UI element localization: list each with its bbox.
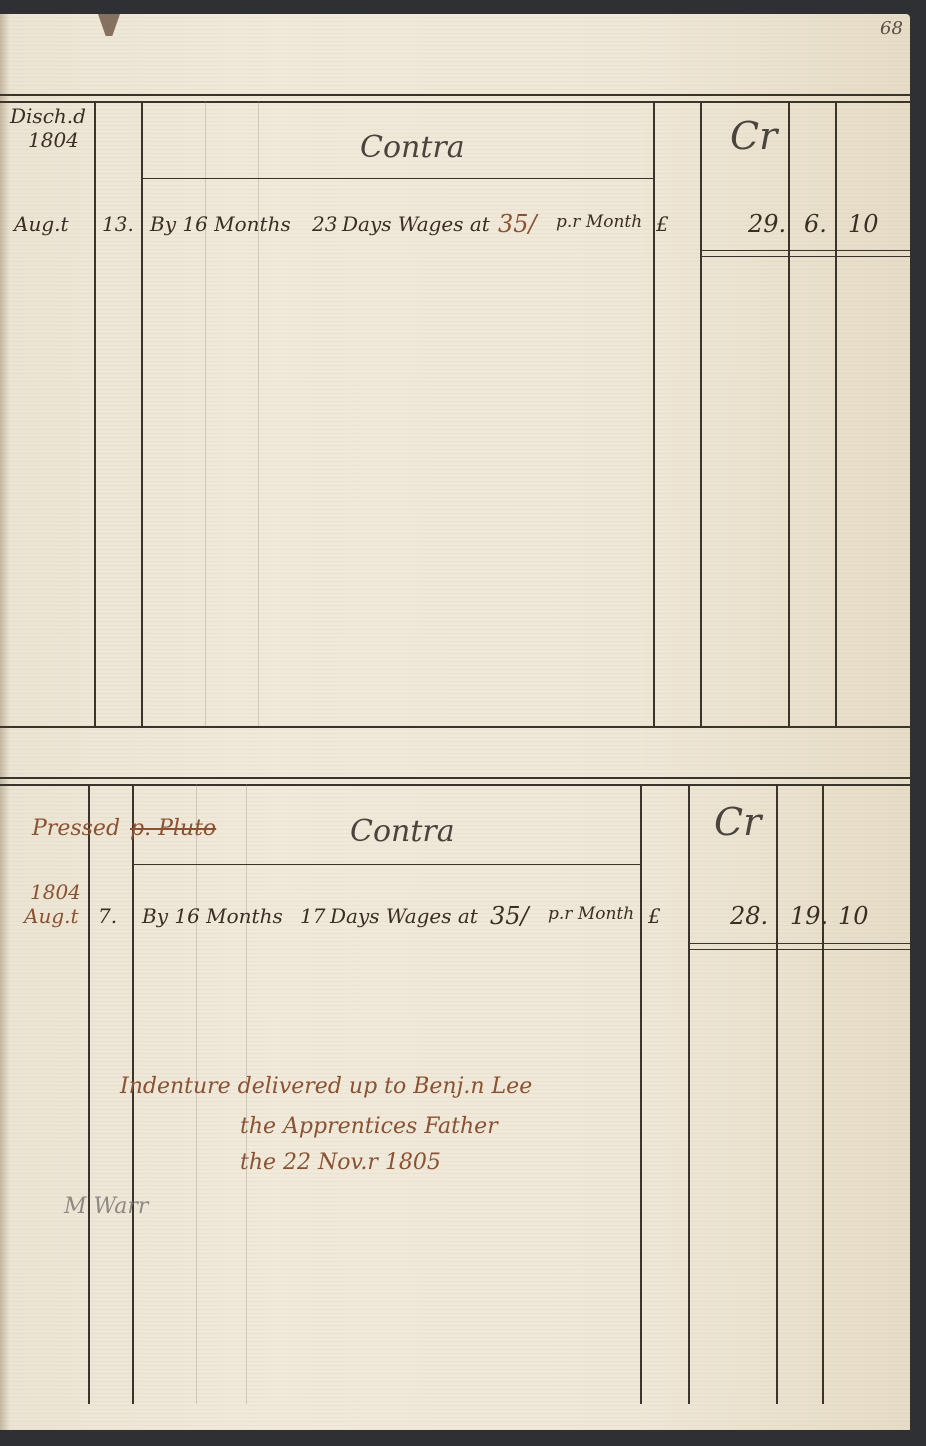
section-heading: Contra bbox=[360, 130, 465, 165]
col-rule-shillings bbox=[822, 784, 824, 1404]
entry-days: 17 bbox=[300, 904, 325, 928]
entry-days: 23 bbox=[312, 212, 337, 236]
ship-note: p. Pluto bbox=[130, 816, 216, 841]
annotation-line-1: Indenture delivered up to Benj.n Lee bbox=[120, 1074, 532, 1099]
signature: M Warr bbox=[64, 1194, 148, 1219]
entry-pence: 10 bbox=[838, 902, 869, 930]
entry-text-middle: Days Wages at bbox=[330, 904, 478, 928]
entry-pounds: 29. bbox=[748, 210, 786, 238]
annotation-line-2: the Apprentices Father bbox=[240, 1114, 498, 1139]
rule-top-2 bbox=[0, 101, 910, 103]
annotation-line-3: the 22 Nov.r 1805 bbox=[240, 1150, 441, 1175]
entry-rate: 35/ bbox=[498, 210, 537, 238]
pencil-rule bbox=[205, 101, 206, 726]
entry-text-prefix: By 16 Months bbox=[150, 212, 291, 236]
rule-top-1 bbox=[0, 94, 910, 96]
col-rule-desc bbox=[640, 784, 642, 1404]
entry-month: Aug.t bbox=[24, 904, 79, 928]
rule-heading-underline bbox=[134, 864, 640, 865]
col-rule-pounds bbox=[776, 784, 778, 1404]
rule-total-1 bbox=[700, 250, 910, 251]
pressed-note: Pressed bbox=[32, 816, 120, 841]
entry-day: 13. bbox=[102, 212, 134, 236]
col-rule-shillings bbox=[835, 101, 837, 726]
page-number: 68 bbox=[880, 18, 903, 39]
pencil-rule bbox=[258, 101, 259, 726]
entry-currency: £ bbox=[648, 904, 661, 928]
section-heading: Contra bbox=[350, 814, 455, 849]
entry-shillings: 6. bbox=[804, 210, 827, 238]
entry-text-suffix: p.r Month bbox=[556, 212, 642, 232]
credit-heading: Cr bbox=[714, 800, 761, 844]
entry-day: 7. bbox=[98, 904, 117, 928]
col-rule-pounds bbox=[788, 101, 790, 726]
col-rule-day bbox=[141, 101, 143, 726]
col-rule-currency bbox=[700, 101, 702, 726]
col-rule-date bbox=[94, 101, 96, 726]
entry-text-suffix: p.r Month bbox=[548, 904, 634, 924]
rule-heading-underline bbox=[143, 178, 653, 179]
col-rule-desc bbox=[653, 101, 655, 726]
entry-pounds: 28. bbox=[730, 902, 768, 930]
rule-bottom bbox=[0, 726, 910, 728]
entry-text-middle: Days Wages at bbox=[342, 212, 490, 236]
rule-total-2 bbox=[700, 256, 910, 257]
rule-total-1 bbox=[688, 943, 910, 944]
rule-total-2 bbox=[688, 949, 910, 950]
entry-rate: 35/ bbox=[490, 902, 529, 930]
entry-month: Aug.t bbox=[14, 212, 69, 236]
spine-shadow bbox=[0, 14, 10, 1430]
ink-stain bbox=[98, 14, 120, 36]
col-rule-currency bbox=[688, 784, 690, 1404]
rule-top-2 bbox=[0, 784, 910, 786]
entry-text-prefix: By 16 Months bbox=[142, 904, 283, 928]
ledger-page: 68 Disch.d 1804 Contra Cr Aug.t 13. By 1… bbox=[0, 14, 910, 1430]
entry-currency: £ bbox=[656, 212, 669, 236]
rule-top-1 bbox=[0, 777, 910, 779]
year: 1804 bbox=[28, 128, 79, 152]
credit-heading: Cr bbox=[730, 114, 777, 158]
entry-year: 1804 bbox=[30, 880, 81, 904]
discharged-note: Disch.d bbox=[10, 104, 86, 128]
col-rule-date bbox=[88, 784, 90, 1404]
entry-shillings: 19. bbox=[790, 902, 828, 930]
entry-pence: 10 bbox=[848, 210, 879, 238]
